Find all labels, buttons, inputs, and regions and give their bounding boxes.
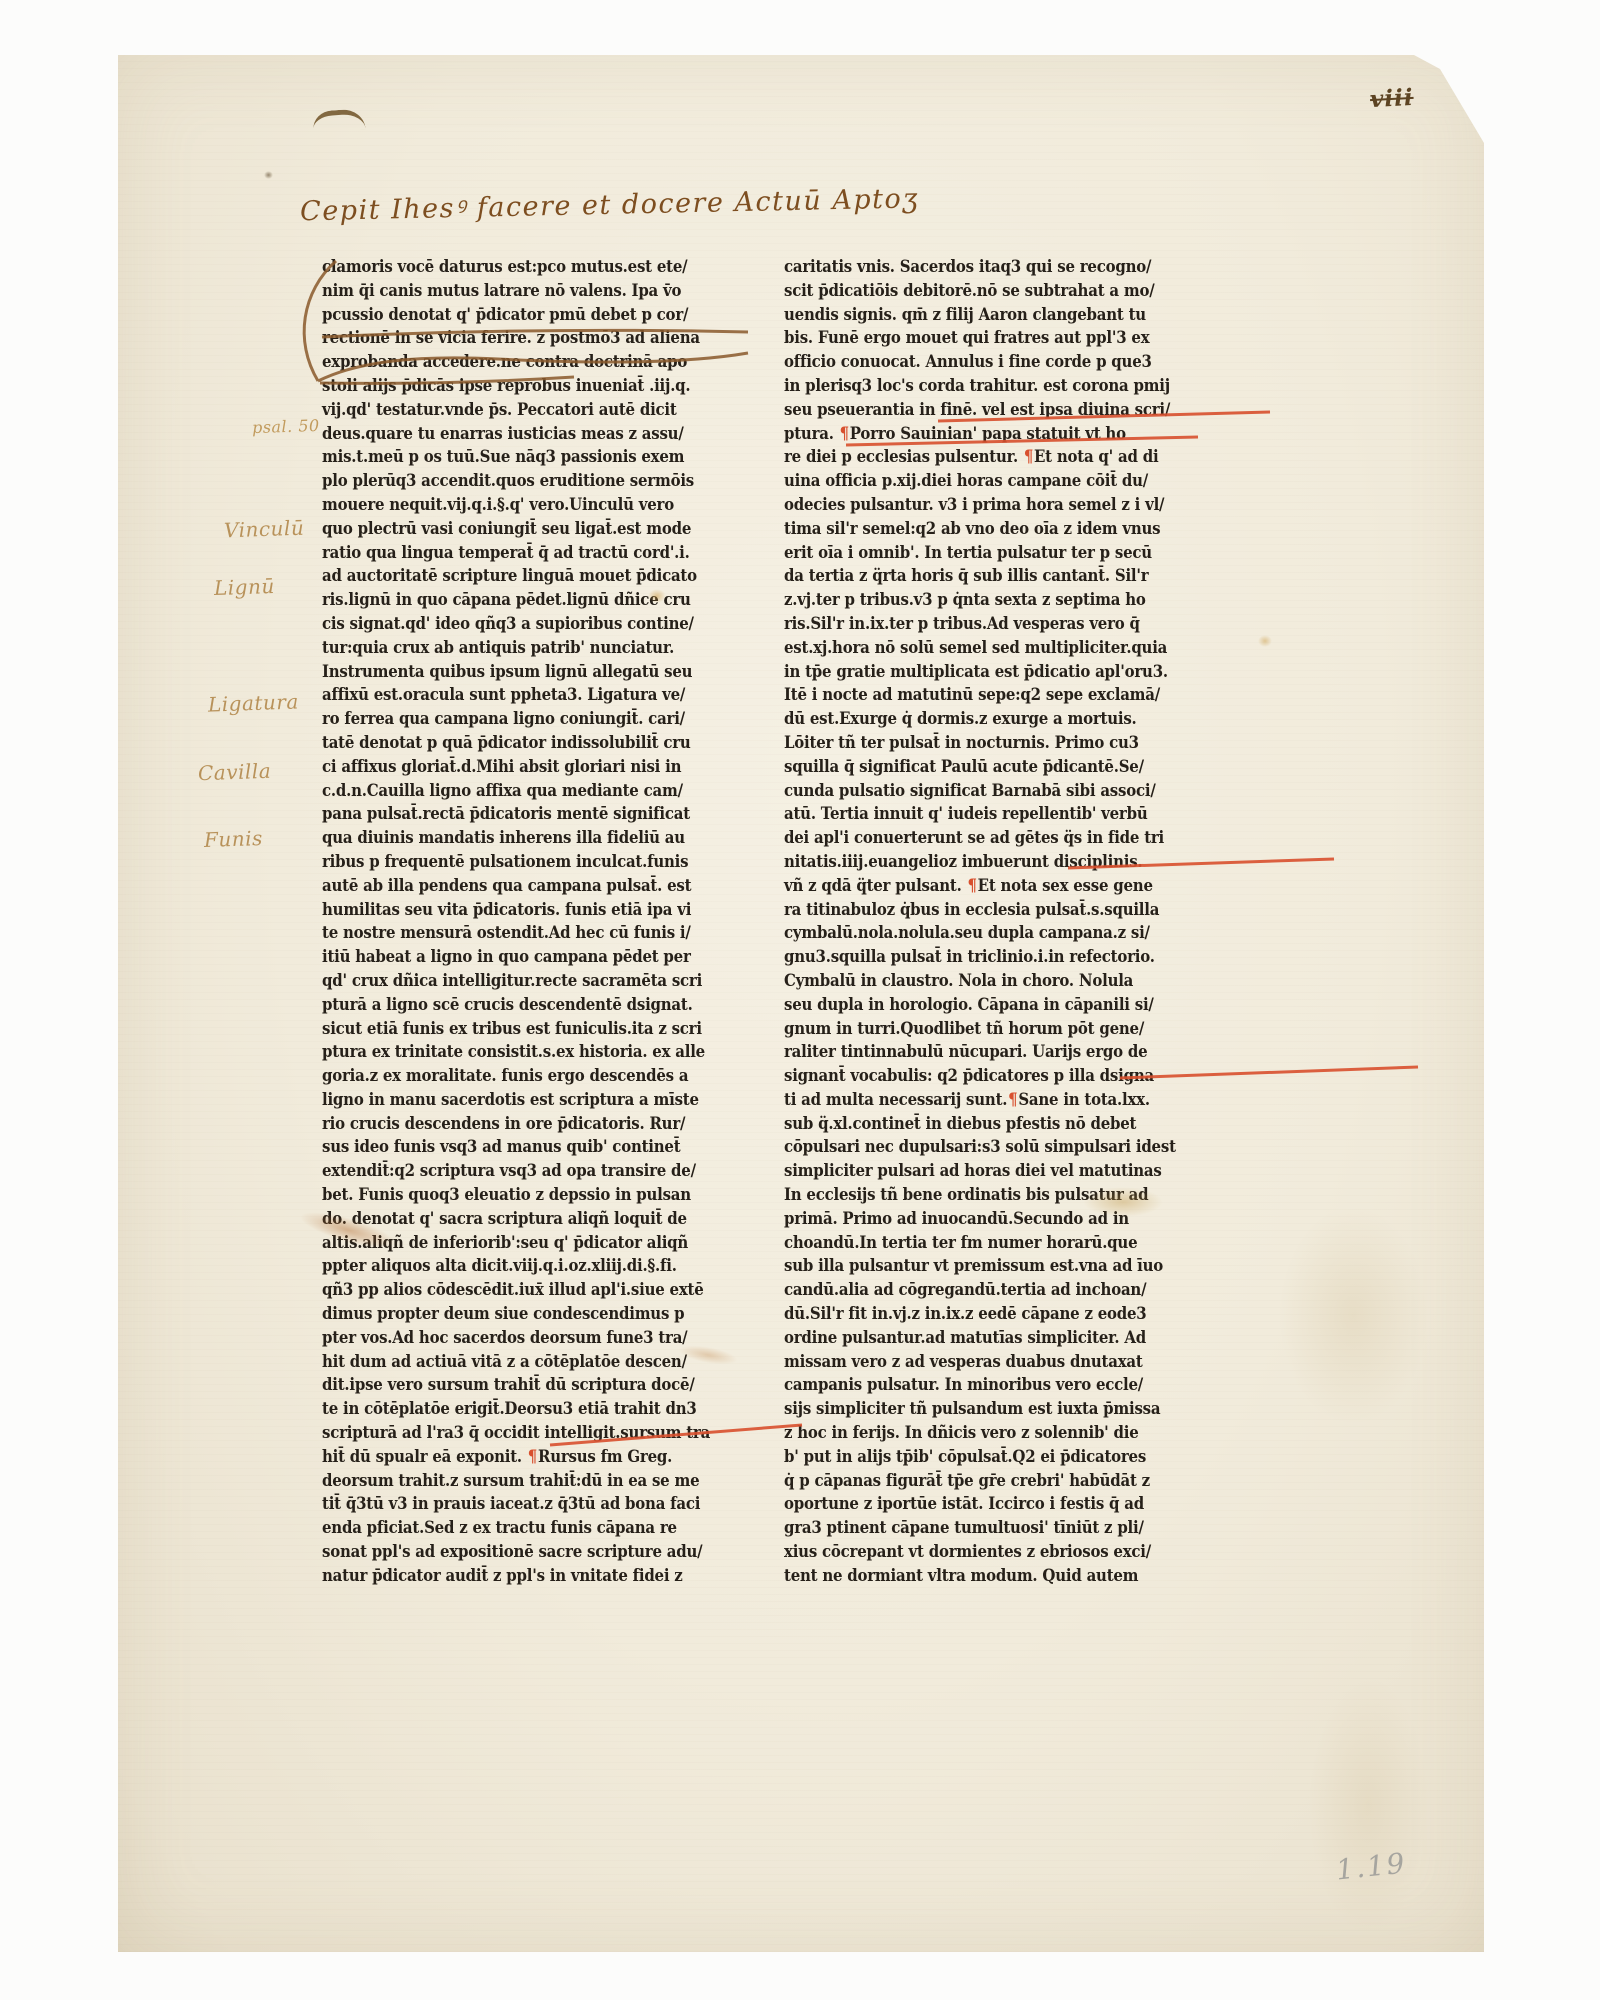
text-line: rectionē in se vicia ferire. z postmō3 a… [322, 327, 700, 351]
text-line: exprobanda accedere.ne contra doctrinā a… [322, 351, 700, 375]
text-line: extendit̄:q2 scriptura vsq3 ad opa trans… [322, 1160, 700, 1184]
text-line: pcussio denotat q' p̄dicator pmū debet p… [322, 304, 700, 328]
text-line: hit̄ dū spualr eā exponit. ¶Rursus fm Gr… [322, 1446, 700, 1470]
text-line: ribus p frequentē pulsationem inculcat.f… [322, 851, 700, 875]
folio-number-mark: viii [1369, 84, 1414, 113]
text-line: oportune z iportūe istāt. Iccirco i fest… [784, 1493, 1208, 1517]
text-line: plo plerūq3 accendit.quos eruditione ser… [322, 470, 700, 494]
rubric-pilcrow: ¶ [1007, 1090, 1018, 1110]
text-line: sijs simpliciter tñ pulsandum est iuxta … [784, 1398, 1208, 1422]
text-line: gra3 ptinent cāpane tumultuosi' tīniūt z… [784, 1517, 1208, 1541]
text-line: tur:quia crux ab antiquis patrib' nuncia… [322, 637, 700, 661]
text-line: c.d.n.Cauilla ligno affixa qua mediante … [322, 780, 700, 804]
text-line: cis signat.qd' ideo qñq3 a supioribus co… [322, 613, 700, 637]
text-line: da tertia z q̈rta horis q̄ sub illis can… [784, 565, 1208, 589]
text-line: deorsum trahit.z sursum trahit̄:dū in ea… [322, 1470, 700, 1494]
text-line: Lōiter tñ ter pulsat̄ in nocturnis. Prim… [784, 732, 1208, 756]
text-line: gnu3.squilla pulsat̄ in triclinio.i.in r… [784, 946, 1208, 970]
text-line: raliter tintinnabulū nūcupari. Uarijs er… [784, 1041, 1208, 1065]
faint-discoloration [1308, 1675, 1428, 1935]
text-line: cōpulsari nec dupulsari:s3 solū simpulsa… [784, 1136, 1208, 1160]
text-line: squilla q̄ significat Paulū acute p̄dica… [784, 756, 1208, 780]
text-line: scit p̄dicatiōis debitorē.nō se subtraha… [784, 280, 1208, 304]
text-line: ligno in manu sacerdotis est scriptura a… [322, 1089, 700, 1113]
text-line: candū.alia ad cōgregandū.tertia ad incho… [784, 1279, 1208, 1303]
text-line: in tp̄e gratie multiplicata est p̄dicati… [784, 661, 1208, 685]
text-line: xius cōcrepant vt dormientes z ebriosos … [784, 1541, 1208, 1565]
text-line: qd' crux dñica intelligitur.recte sacram… [322, 970, 700, 994]
text-line: re diei p ecclesias pulsentur. ¶Et nota … [784, 446, 1208, 470]
text-line: do. denotat q' sacra scriptura aliqñ loq… [322, 1208, 700, 1232]
margin-note: Cavilla [198, 759, 272, 786]
text-line: dū.Sil'r fit in.vj.z in.ix.z eedē cāpane… [784, 1303, 1208, 1327]
text-line: tima sil'r semel:q2 ab vno deo oīa z ide… [784, 518, 1208, 542]
text-line: q̇ p cāpanas figurāt̄ tp̄e gr̄e crebri' … [784, 1470, 1208, 1494]
text-line: ptura. ¶Porro Sauinian' papa statuit vt … [784, 423, 1208, 447]
text-line: goria.z ex moralitate. funis ergo descen… [322, 1065, 700, 1089]
text-line: Cymbalū in claustro. Nola in choro. Nolu… [784, 970, 1208, 994]
text-line: In ecclesijs tñ bene ordinatis bis pulsa… [784, 1184, 1208, 1208]
text-line: atū. Tertia innuit q' iudeis repellentib… [784, 803, 1208, 827]
faint-discoloration [1278, 1205, 1428, 1425]
text-line: ppter aliquos alta dicit.viij.q.i.oz.xli… [322, 1255, 700, 1279]
text-line: hit dum ad actiuā vitā z a cōtēplatōe de… [322, 1351, 700, 1375]
text-line: dei apl'i conuerterunt se ad gētes q̈s i… [784, 827, 1208, 851]
margin-note: Ligatura [208, 689, 300, 716]
text-line: clamoris vocē daturus est:pco mutus.est … [322, 256, 700, 280]
text-line: Instrumenta quibus ipsum lignū allegatū … [322, 661, 700, 685]
text-line: cunda pulsatio significat Barnabā sibi a… [784, 780, 1208, 804]
text-line: qñ3 pp alios cōdescēdit.iux̄ illud apl'i… [322, 1279, 700, 1303]
text-line: tatē denotat p quā p̄dicator indissolubi… [322, 732, 700, 756]
text-line: sonat ppl's ad expositionē sacre scriptu… [322, 1541, 700, 1565]
text-line: in plerisq3 loc's corda trahitur. est co… [784, 375, 1208, 399]
text-line: caritatis vnis. Sacerdos itaq3 qui se re… [784, 256, 1208, 280]
text-line: ci affixus gloriat̄.d.Mihi absit gloriar… [322, 756, 700, 780]
text-line: dimus propter deum siue condescendimus p [322, 1303, 700, 1327]
text-line: humilitas seu vita p̄dicatoris. funis et… [322, 899, 700, 923]
text-line: ti ad multa necessarij sunt.¶Sane in tot… [784, 1089, 1208, 1113]
text-line: ad auctoritatē scripture linguā mouet p̄… [322, 565, 700, 589]
text-line: itiū habeat a ligno in quo campana pēdet… [322, 946, 700, 970]
text-line: dū est.Exurge q̇ dormis.z exurge a mortu… [784, 708, 1208, 732]
margin-note: Funis [204, 826, 264, 852]
margin-note: psal. 50 [252, 416, 320, 437]
text-line: Itē i nocte ad matutinū sepe:q2 sepe exc… [784, 684, 1208, 708]
text-line: rio crucis descendens in ore p̄dicatoris… [322, 1113, 700, 1137]
text-line: z.vj.ter p tribus.v3 p q̇nta sexta z sep… [784, 589, 1208, 613]
text-line: nitatis.iiij.euangelioz imbuerunt discip… [784, 851, 1208, 875]
text-line: erit oīa i omnib'. In tertia pulsatur te… [784, 542, 1208, 566]
text-line: z hoc in ferijs. In dñicis vero z solenn… [784, 1422, 1208, 1446]
text-line: cymbalū.nola.nolula.seu dupla campana.z … [784, 922, 1208, 946]
text-line: dit.ipse vero sursum trahit̄ dū scriptur… [322, 1374, 700, 1398]
text-line: missam vero z ad vesperas duabus dnutaxa… [784, 1351, 1208, 1375]
text-line: sus ideo funis vsq3 ad manus quib' conti… [322, 1136, 700, 1160]
text-line: pter vos.Ad hoc sacerdos deorsum fune3 t… [322, 1327, 700, 1351]
text-line: tent ne dormiant vltra modum. Quid autem [784, 1565, 1208, 1589]
text-column-right: caritatis vnis. Sacerdos itaq3 qui se re… [784, 256, 1266, 1589]
rubric-pilcrow: ¶ [1023, 447, 1034, 467]
text-line: uendis signis. qm̄ z filij Aaron clangeb… [784, 304, 1208, 328]
text-line: primā. Primo ad inuocandū.Secundo ad in [784, 1208, 1208, 1232]
text-line: mis.t.meū p os tuū.Sue nāq3 passionis ex… [322, 446, 700, 470]
text-line: te nostre mensurā ostendit.Ad hec cū fun… [322, 922, 700, 946]
incunable-page-sheet: Cepit Ihesꝰ facere et docere Actuū Aptoʒ… [118, 55, 1484, 1952]
text-line: vij.qd' testatur.vnde p̄s. Peccatori aut… [322, 399, 700, 423]
text-line: gnum in turri.Quodlibet tñ horum pōt gen… [784, 1018, 1208, 1042]
text-line: enda pficiat.Sed z ex tractu funis cāpan… [322, 1517, 700, 1541]
text-line: stoli alijs p̄dicās ipse reprobus inueni… [322, 375, 700, 399]
text-line: deus.quare tu enarras iusticias meas z a… [322, 423, 700, 447]
text-line: ptura ex trinitate consistit.s.ex histor… [322, 1041, 700, 1065]
text-line: altis.aliqñ de inferiorib':seu q' p̄dica… [322, 1232, 700, 1256]
text-column-left: clamoris vocē daturus est:pco mutus.est … [322, 256, 752, 1589]
text-line: pturā a ligno scē crucis descendentē dsi… [322, 994, 700, 1018]
text-line: natur p̄dicator audit̄ z ppl's in vnitat… [322, 1565, 700, 1589]
pencil-inventory-number: 1.19 [1334, 1846, 1407, 1886]
rubric-pilcrow: ¶ [967, 876, 978, 896]
text-line: quo plectrū vasi coniungit̄ seu ligat̄.e… [322, 518, 700, 542]
margin-note: Lignū [214, 574, 276, 600]
text-line: ris.Sil'r in.ix.ter p tribus.Ad vesperas… [784, 613, 1208, 637]
text-line: seu pseuerantia in finē. vel est ipsa di… [784, 399, 1208, 423]
text-line: signant̄ vocabulis: q2 p̄dicatores p ill… [784, 1065, 1208, 1089]
text-line: affixū est.oracula sunt ppheta3. Ligatur… [322, 684, 700, 708]
ink-dot [264, 171, 273, 179]
text-line: est.xj.hora nō solū semel sed multiplici… [784, 637, 1208, 661]
text-line: simpliciter pulsari ad horas diei vel ma… [784, 1160, 1208, 1184]
text-line: ris.lignū in quo cāpana pēdet.lignū dñic… [322, 589, 700, 613]
text-line: qua diuinis mandatis inherens illa fidel… [322, 827, 700, 851]
margin-note: Vinculū [224, 516, 305, 543]
text-line: pana pulsat̄.rectā p̄dicatoris mentē sig… [322, 803, 700, 827]
text-line: nim q̄i canis mutus latrare nō valens. I… [322, 280, 700, 304]
text-line: uina officia p.xij.diei horas campane cō… [784, 470, 1208, 494]
rubric-pilcrow: ¶ [839, 424, 850, 444]
text-line: bis. Funē ergo mouet qui fratres aut ppl… [784, 327, 1208, 351]
text-line: tit̄ q̄3tū v3 in prauis iaceat.z q̄3tū a… [322, 1493, 700, 1517]
text-line: ordine pulsantur.ad matutīas simpliciter… [784, 1327, 1208, 1351]
text-line: te in cōtēplatōe erigit̄.Deorsu3 etiā tr… [322, 1398, 700, 1422]
text-line: choandū.In tertia ter fm numer horarū.qu… [784, 1232, 1208, 1256]
text-line: seu dupla in horologio. Cāpana in cāpani… [784, 994, 1208, 1018]
text-line: mouere nequit.vij.q.i.§.q' vero.Uinculū … [322, 494, 700, 518]
text-line: autē ab illa pendens qua campana pulsat̄… [322, 875, 700, 899]
text-line: ro ferrea qua campana ligno coniungit̄. … [322, 708, 700, 732]
text-line: bet. Funis quoq3 eleuatio z depssio in p… [322, 1184, 700, 1208]
ink-squiggle-mark [312, 108, 365, 133]
text-line: sicut etiā funis ex tribus est funiculis… [322, 1018, 700, 1042]
text-line: sub q̈.xl.continet̄ in diebus pfestis nō… [784, 1113, 1208, 1137]
manuscript-heading: Cepit Ihesꝰ facere et docere Actuū Aptoʒ [300, 179, 901, 229]
text-line: scripturā ad l'ra3 q̄ occidit intelligit… [322, 1422, 700, 1446]
rubric-pilcrow: ¶ [527, 1447, 538, 1467]
text-line: campanis pulsatur. In minoribus vero ecc… [784, 1374, 1208, 1398]
text-line: officio conuocat. Annulus i fine corde p… [784, 351, 1208, 375]
text-line: odecies pulsantur. v3 i prima hora semel… [784, 494, 1208, 518]
text-line: ra titinabuloz q̇bus in ecclesia pulsat̄… [784, 899, 1208, 923]
text-line: sub illa pulsantur vt premissum est.vna … [784, 1255, 1208, 1279]
text-line: b' put in alijs tp̄ib' cōpulsat̄.Q2 ei p… [784, 1446, 1208, 1470]
text-line: vñ z qdā q̈ter pulsant. ¶Et nota sex ess… [784, 875, 1208, 899]
text-line: ratio qua lingua temperat̄ q̄ ad tractū … [322, 542, 700, 566]
